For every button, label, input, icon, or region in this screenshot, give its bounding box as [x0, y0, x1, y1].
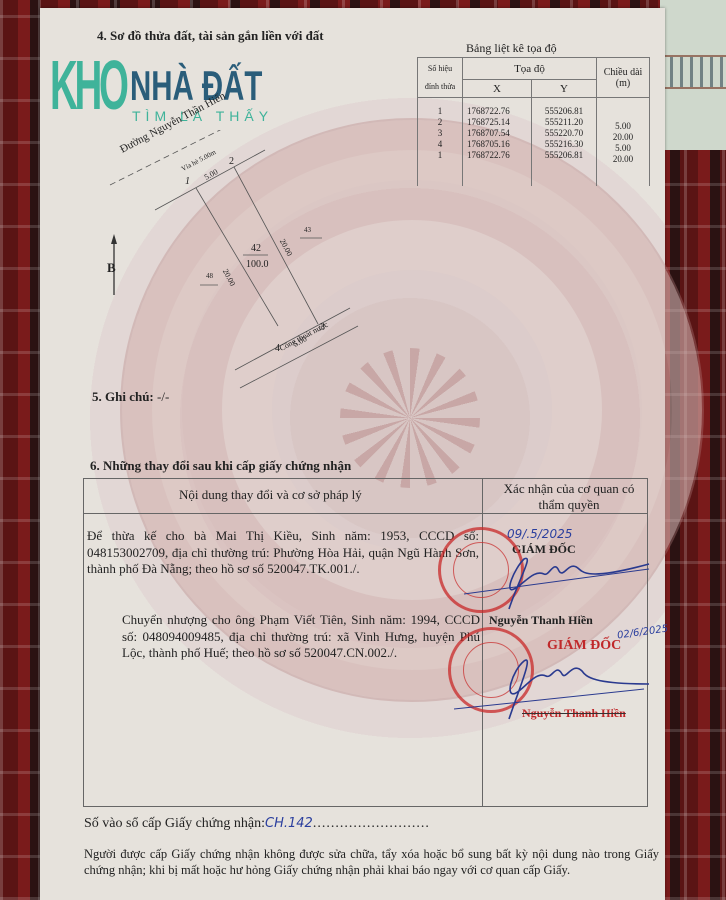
register-line: Số vào sổ cấp Giấy chứng nhận:CH.142....…	[84, 816, 430, 832]
vertex-2: 2	[229, 156, 234, 167]
signature-2	[454, 649, 654, 724]
vertex-1: 1	[185, 176, 190, 187]
neighbor-43: 43	[304, 226, 311, 234]
coord-cell: 555206.81	[536, 106, 592, 117]
changes-table: Nội dung thay đổi và cơ sở pháp lý Xác n…	[83, 478, 648, 807]
coord-table-caption: Bảng liệt kê tọa độ	[466, 41, 557, 56]
coordinate-table: Số hiệu đỉnh thửa Tọa độ Chiều dài (m) X…	[417, 57, 650, 186]
coord-cell: 555206.81	[536, 150, 592, 161]
parcel-number: 42	[251, 243, 261, 254]
north-arrow-label: B	[107, 260, 116, 276]
header-length: Chiều dài (m)	[597, 58, 650, 98]
entry-1-date: 09/.5/2025	[507, 527, 572, 541]
coord-cell: 555220.70	[536, 128, 592, 139]
parcel-sketch	[90, 130, 380, 390]
length-column: 5.0020.005.0020.00	[597, 98, 650, 187]
header-content: Nội dung thay đổi và cơ sở pháp lý	[179, 487, 362, 503]
coord-cell: 1768725.14	[467, 117, 527, 128]
length-cell	[601, 110, 645, 121]
header-coords: Tọa độ	[463, 58, 597, 80]
coord-cell: 4	[422, 139, 458, 150]
x-column: 1768722.761768725.141768707.541768705.16…	[463, 98, 532, 187]
parcel-area: 100.0	[246, 259, 269, 270]
register-label: Số vào sổ cấp Giấy chứng nhận:	[84, 816, 265, 831]
note-label: 5. Ghi chú:	[92, 389, 154, 404]
section-4-title: 4. Sơ đồ thửa đất, tài sản gắn liền với …	[97, 28, 324, 44]
length-cell: 5.00	[601, 143, 645, 154]
coord-cell: 1768707.54	[467, 128, 527, 139]
signature-1	[464, 549, 654, 619]
header-vertex: Số hiệu đỉnh thửa	[418, 58, 463, 98]
header-x: X	[463, 80, 532, 98]
coordinate-rows: 12341 1768722.761768725.141768707.541768…	[418, 98, 650, 187]
coord-cell: 1768722.76	[467, 106, 527, 117]
header-y: Y	[532, 80, 597, 98]
note-value: -/-	[157, 389, 169, 404]
coord-cell: 3	[422, 128, 458, 139]
coord-cell: 555211.20	[536, 117, 592, 128]
coord-cell: 1768705.16	[467, 139, 527, 150]
neighbor-48: 48	[206, 272, 213, 280]
watermark-kho: KHO	[50, 50, 126, 120]
coord-cell: 1768722.76	[467, 150, 527, 161]
coord-cell: 555216.30	[536, 139, 592, 150]
vertex-column: 12341	[418, 98, 463, 187]
coord-cell: 1	[422, 106, 458, 117]
coord-cell: 1	[422, 150, 458, 161]
length-cell: 20.00	[601, 132, 645, 143]
coord-cell: 2	[422, 117, 458, 128]
section-5-title: 5. Ghi chú: -/-	[92, 389, 169, 405]
change-entry-2: Chuyển nhượng cho ông Phạm Viết Tiên, Si…	[122, 612, 480, 662]
footer-note: Người được cấp Giấy chứng nhận không đượ…	[84, 846, 659, 878]
register-number: CH.142	[265, 816, 313, 831]
y-column: 555206.81555211.20555220.70555216.305552…	[532, 98, 597, 187]
change-entry-1: Để thừa kế cho bà Mai Thị Kiều, Sinh năm…	[87, 528, 479, 578]
section-6-title: 6. Những thay đổi sau khi cấp giấy chứng…	[90, 458, 351, 474]
length-cell: 20.00	[601, 154, 645, 165]
watermark-nha-dat: NHÀ ĐẤT	[130, 65, 262, 107]
length-cell: 5.00	[601, 121, 645, 132]
background-decor	[660, 0, 726, 150]
header-confirm: Xác nhận của cơ quan có thẩm quyền	[494, 481, 644, 513]
